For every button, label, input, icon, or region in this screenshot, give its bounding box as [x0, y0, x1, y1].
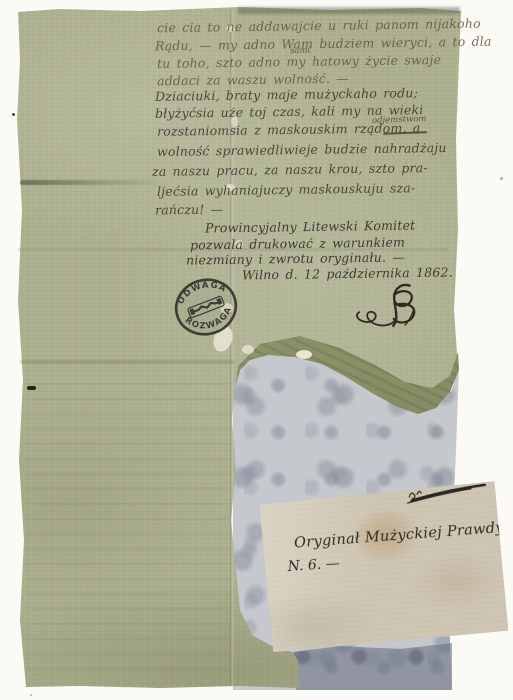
document-scan: cie cia to ne addawajcie u ruki panom ni…	[0, 0, 513, 700]
label-card-number: N. 6. —	[287, 556, 340, 575]
fold-crease-horizontal	[20, 360, 234, 364]
handwriting-line: rańczu! —	[155, 202, 224, 218]
label-card-title: Oryginał Mużyckiej Prawdy	[294, 520, 505, 552]
speck	[30, 694, 32, 696]
ink-showthrough	[26, 382, 230, 670]
signature-monogram	[346, 279, 433, 337]
fold-crease-horizontal	[20, 180, 168, 185]
speck	[12, 113, 15, 116]
paper-damage-spot	[296, 350, 312, 359]
interline-insertion: odjemstwom	[372, 114, 427, 126]
label-card: Oryginał Mużyckiej Prawdy N. 6. —	[257, 481, 509, 653]
speck	[500, 177, 503, 180]
handwriting-line: Prowincyjalny Litewski Komitet	[205, 218, 416, 236]
paper-damage-spot	[242, 345, 254, 354]
interline-insertion: sami	[290, 46, 311, 57]
ink-blot	[27, 386, 36, 390]
edge-smudge	[238, 7, 460, 14]
